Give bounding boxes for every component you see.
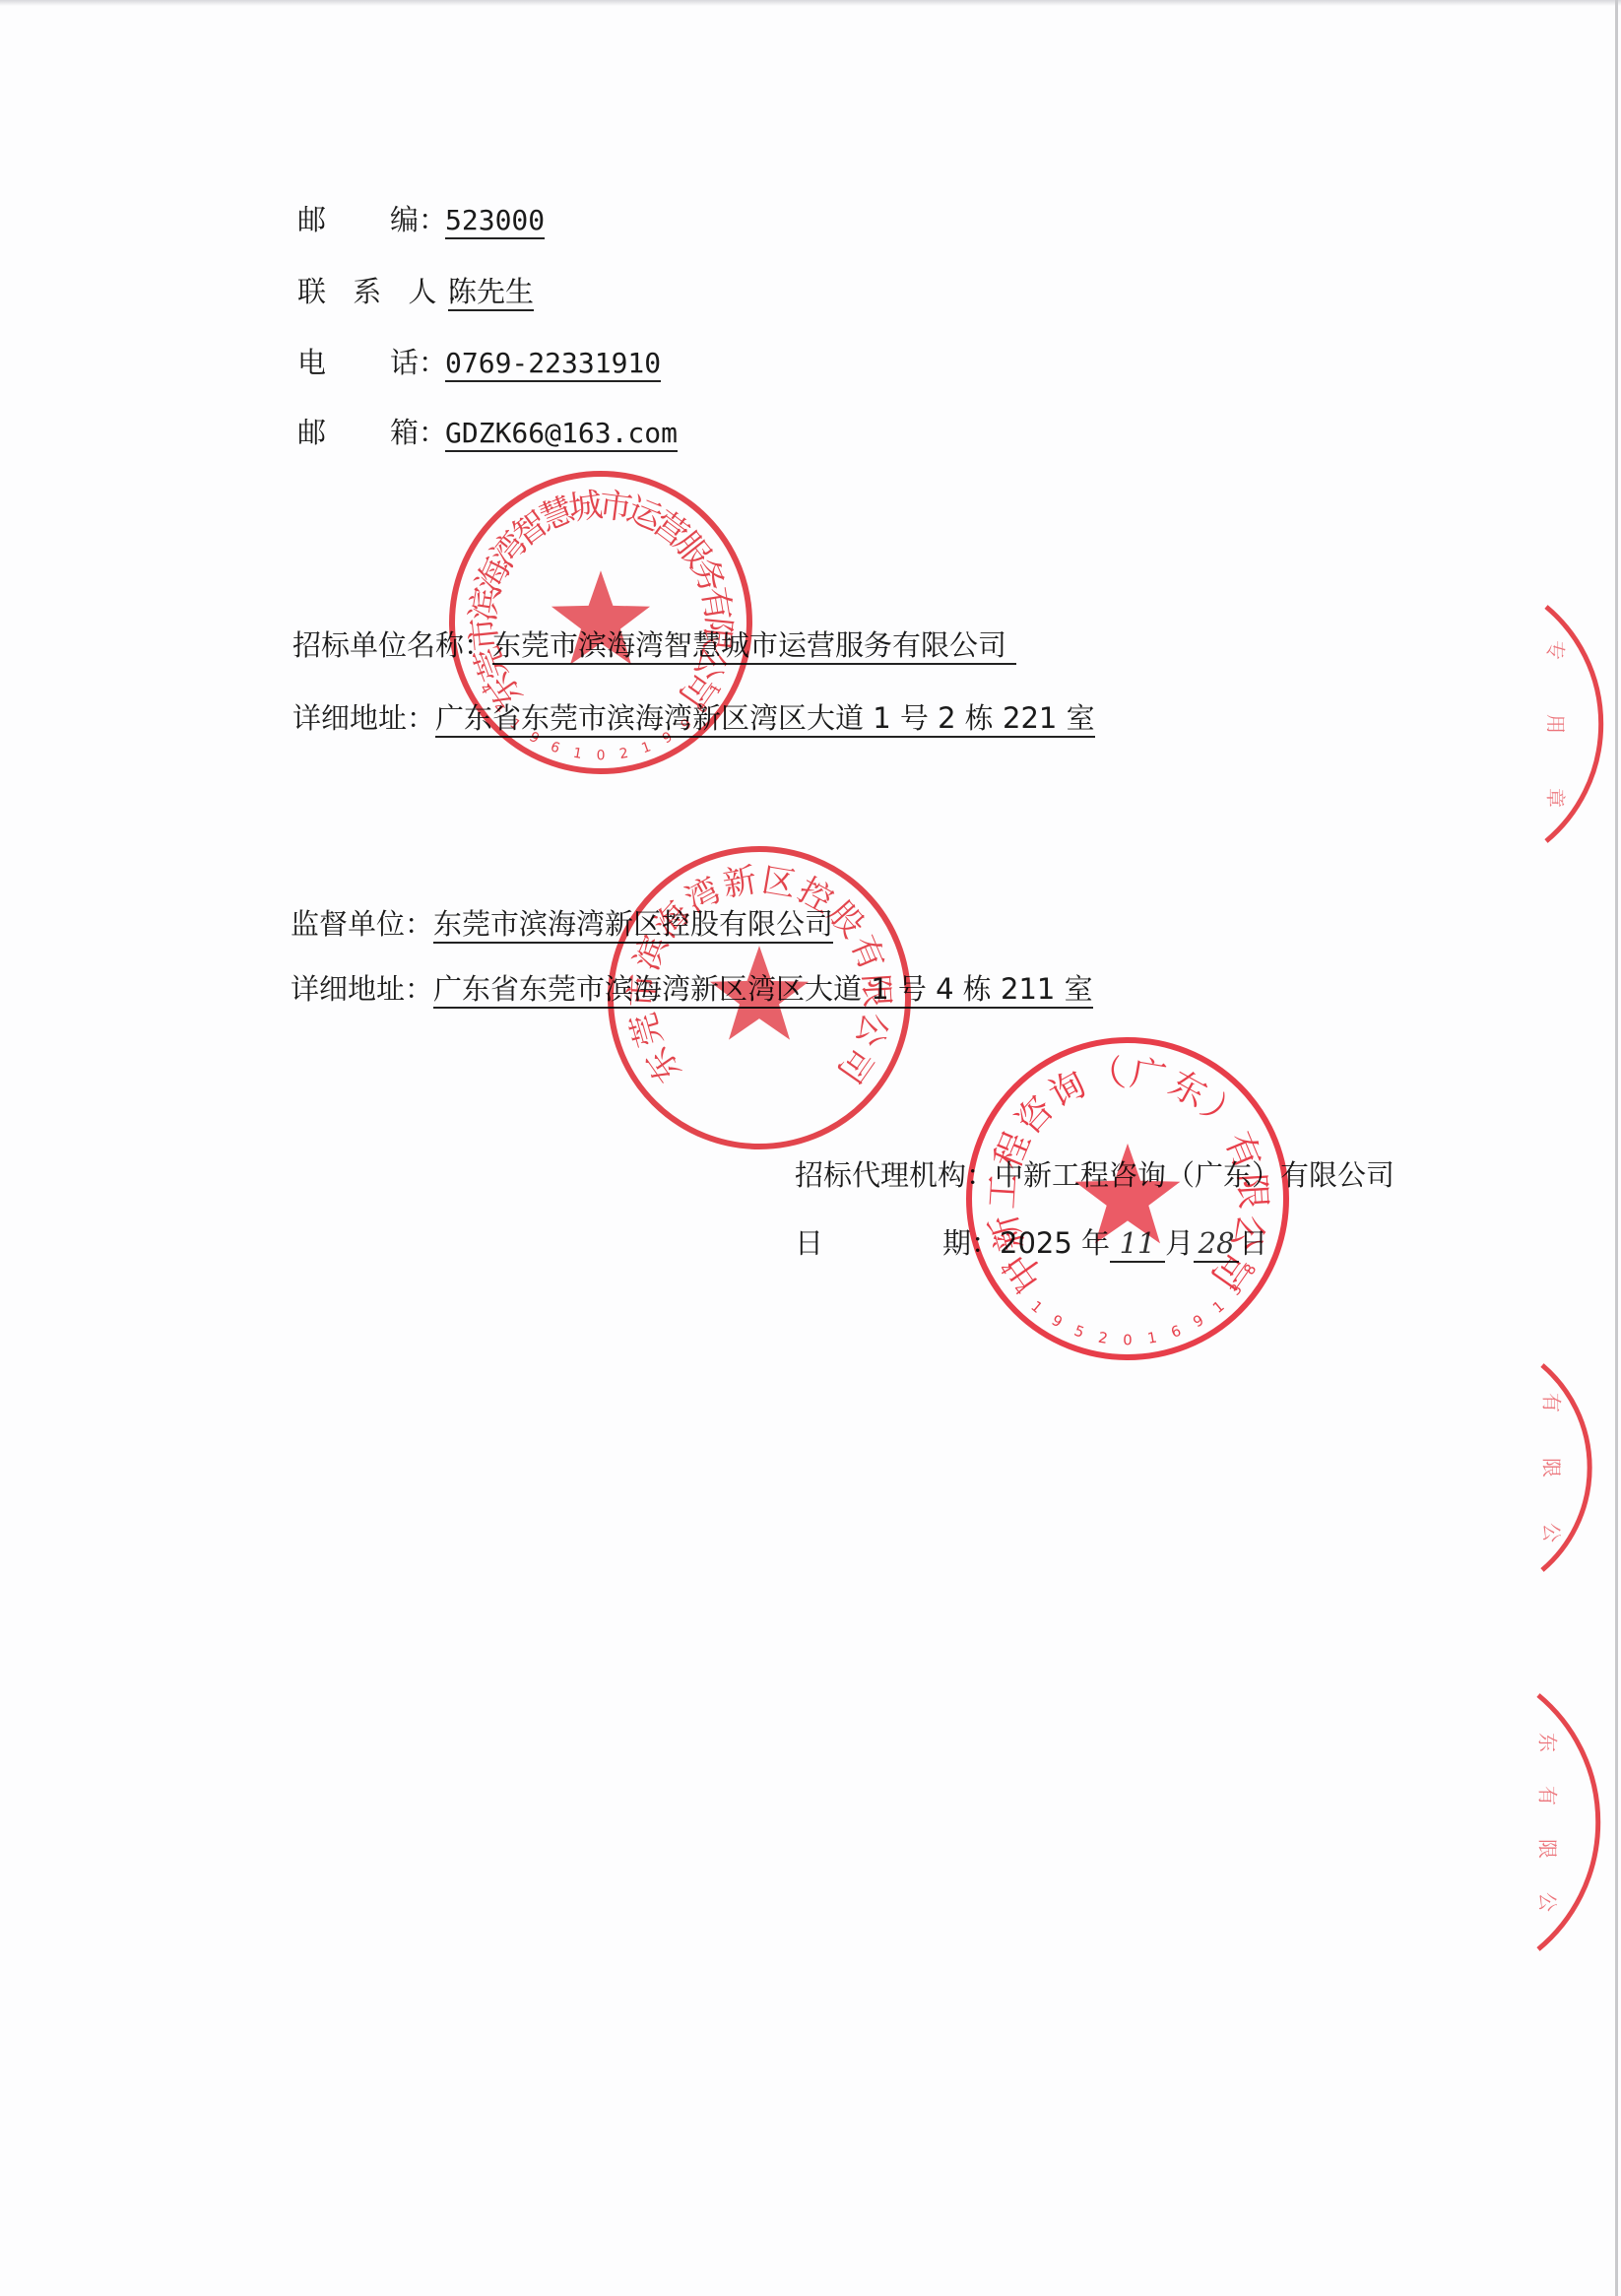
- edge-seal-2: 有限公: [1532, 1359, 1617, 1576]
- svg-text:1: 1: [1146, 1329, 1158, 1347]
- svg-text:专: 专: [1544, 640, 1568, 660]
- svg-text:2: 2: [618, 746, 630, 762]
- email-label-b: 箱：: [390, 415, 445, 450]
- svg-text:新: 新: [982, 1210, 1032, 1256]
- email-label-a: 邮: [297, 415, 390, 450]
- svg-text:（: （: [1085, 1051, 1128, 1098]
- email-value: GDZK66@163.com: [445, 417, 678, 452]
- svg-text:9: 9: [526, 729, 542, 747]
- svg-text:区: 区: [759, 861, 799, 905]
- email-row: 邮箱：GDZK66@163.com: [297, 415, 678, 451]
- svg-text:1: 1: [1027, 1297, 1046, 1317]
- edge-seal-1: 专用章: [1536, 601, 1621, 847]
- svg-text:新: 新: [720, 861, 759, 905]
- contact-person-row: 联 系 人：陈先生: [297, 274, 534, 309]
- svg-text:限: 限: [1536, 1839, 1560, 1859]
- postcode-row: 邮编：523000: [297, 202, 545, 238]
- supervisor-seal: 东莞市滨海湾新区控股有限公司: [607, 845, 912, 1150]
- svg-text:章: 章: [1544, 788, 1568, 808]
- page-right-edge: [1615, 0, 1618, 2296]
- svg-text:6: 6: [1169, 1322, 1184, 1342]
- tenderer-address-label: 详细地址：: [292, 701, 435, 735]
- date-label-a: 日: [795, 1225, 942, 1261]
- svg-text:公: 公: [1540, 1523, 1564, 1542]
- phone-value: 0769-22331910: [445, 347, 661, 382]
- svg-text:1: 1: [639, 739, 653, 756]
- svg-text:9: 9: [1049, 1311, 1066, 1331]
- svg-text:有: 有: [1536, 1786, 1560, 1805]
- svg-text:工: 工: [980, 1172, 1024, 1211]
- contact-person-label: 联 系 人：: [297, 274, 448, 309]
- svg-text:公: 公: [1536, 1892, 1560, 1912]
- svg-text:2: 2: [1097, 1329, 1109, 1347]
- supervisor-address-label: 详细地址：: [291, 972, 433, 1006]
- svg-text:9: 9: [679, 716, 695, 734]
- supervisor-name-label: 监督单位：: [291, 907, 433, 941]
- svg-text:限: 限: [1230, 1172, 1274, 1211]
- svg-text:5: 5: [1071, 1322, 1086, 1342]
- edge-seal-3: 东有限公: [1528, 1689, 1613, 1955]
- svg-text:9: 9: [1190, 1311, 1206, 1331]
- scan-top-edge: [0, 0, 1621, 6]
- svg-text:限: 限: [1540, 1458, 1564, 1477]
- svg-text:6: 6: [549, 739, 562, 756]
- postcode-value: 523000: [445, 204, 545, 239]
- svg-text:1: 1: [572, 746, 584, 762]
- svg-text:广: 广: [1128, 1051, 1170, 1098]
- contact-person-value: 陈先生: [448, 275, 534, 311]
- svg-text:1: 1: [506, 716, 523, 734]
- svg-text:0: 0: [1123, 1332, 1132, 1349]
- svg-text:有: 有: [1540, 1393, 1564, 1412]
- tenderer-seal: 东莞市滨海湾智慧城市运营服务有限公司4419610219901: [448, 470, 753, 775]
- phone-row: 电话：0769-22331910: [297, 345, 661, 381]
- svg-text:0: 0: [597, 749, 606, 764]
- svg-text:限: 限: [855, 973, 896, 1009]
- phone-label-b: 话：: [390, 345, 445, 380]
- svg-text:东: 东: [1536, 1733, 1560, 1752]
- agency-seal: 中新工程咨询（广东）有限公司4419520169138: [965, 1036, 1290, 1361]
- svg-text:9: 9: [660, 729, 676, 747]
- postcode-label-a: 邮: [297, 202, 390, 237]
- svg-text:1: 1: [1209, 1297, 1228, 1317]
- postcode-label-b: 编：: [390, 202, 445, 237]
- phone-label-a: 电: [297, 345, 390, 380]
- svg-text:用: 用: [1544, 714, 1568, 734]
- svg-text:市: 市: [622, 973, 664, 1009]
